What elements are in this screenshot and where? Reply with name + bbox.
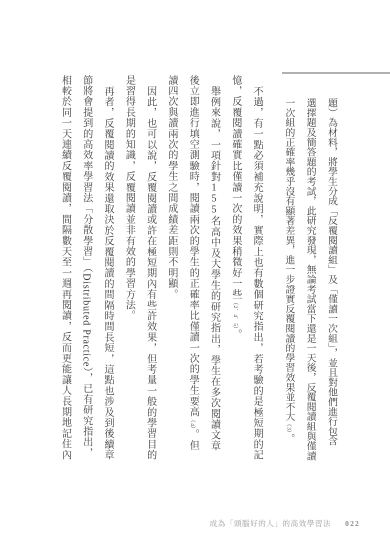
column-text: 相較於同一天連續反覆閱讀，間隔數天至一週再閱讀，反而更能讓人長期地記住內 (59, 75, 70, 460)
text-column: 讀四次與讀兩次的學生之間成績差距則不明顯。 (155, 75, 176, 485)
section-divider-rule (282, 72, 390, 74)
text-column: 舉例來說，一項針對155名高中及大學生的研究指出，學生在多次閱讀文章 (197, 75, 218, 485)
text-column: 不過，有一點必須補充說明，實際上也有數個研究指出，若考驗的是極短期的記 (240, 75, 261, 485)
book-page: 題）為材料，將學生分成「反覆閱讀組」及「僅讀一次組」，並且對他們進行包含 選擇題… (0, 0, 390, 554)
column-text: 節將會提到的高效率學習法「分散學習」（Distributed Practice）… (81, 75, 92, 458)
text-column: 後立即進行填空測驗時，閱讀兩次的學生的正確率比僅讀一次的學生要高（4）。但 (176, 75, 197, 485)
column-text: 因此，也可以說，反覆閱讀或許在極短期內有些許效果，但考量一般的學習目的 (145, 86, 156, 461)
text-column: 選擇題及簡答題的考試，此研究發現，無論考試當下還是一天後，反覆閱讀組與僅讀 (293, 75, 314, 508)
column-text: 是習得長期的知識，反覆閱讀並非有效的學習方法。 (123, 75, 134, 321)
column-text: 再者，反覆閱讀的效果還取決於反覆閱讀的間隔時間長短，這點也涉及到後續章 (102, 86, 113, 461)
column-text: 。 (283, 433, 294, 443)
column-text: 讀四次與讀兩次的學生之間成績差距則不明顯。 (166, 75, 177, 300)
text-column: 是習得長期的知識，反覆閱讀並非有效的學習方法。 (112, 75, 133, 485)
footnote-marker: （2、4、5） (232, 300, 238, 330)
footnote-marker: （3） (285, 421, 291, 433)
footnote-marker: （4） (189, 417, 195, 429)
text-column: 憶，反覆閱讀確實比僅讀一次的效果稍微好一些（2、4、5）。 (219, 75, 240, 485)
footer-page-number: 022 (345, 519, 360, 528)
column-text: 題）為材料，將學生分成「反覆閱讀組」及「僅讀一次組」，並且對他們進行包含 (326, 98, 337, 446)
text-column: 再者，反覆閱讀的效果還取決於反覆閱讀的間隔時間長短，這點也涉及到後續章 (91, 75, 112, 485)
column-text: 選擇題及簡答題的考試，此研究發現，無論考試當下還是一天後，反覆閱讀組與僅讀 (305, 98, 316, 461)
column-text: 不過，有一點必須補充說明，實際上也有數個研究指出，若考驗的是極短期的記 (251, 86, 262, 461)
footer-book-title: 成為「頭腦好的人」的高效學習法 (210, 519, 332, 528)
column-text: 名高中及大學生的研究指出，學生在多次閱讀文章 (209, 216, 220, 451)
text-column: 節將會提到的高效率學習法「分散學習」（Distributed Practice）… (69, 75, 90, 485)
body-text: 題）為材料，將學生分成「反覆閱讀組」及「僅讀一次組」，並且對他們進行包含 選擇題… (48, 75, 336, 485)
column-text: 憶，反覆閱讀確實比僅讀一次的效果稍微好一些 (230, 75, 241, 300)
text-column: 一次組的正確率幾乎沒有顯著差異，進一步證實反覆閱讀的學習效果並不大（3）。 (272, 75, 293, 508)
inline-number: 155 (209, 182, 220, 216)
column-text: 。 (230, 329, 241, 340)
text-column: 因此，也可以說，反覆閱讀或許在極短期內有些許效果，但考量一般的學習目的 (133, 75, 154, 485)
column-text: 舉例來說，一項針對 (209, 86, 220, 182)
text-column: 相較於同一天連續反覆閱讀，間隔數天至一週再閱讀，反而更能讓人長期地記住內 (48, 75, 69, 485)
page-footer: 成為「頭腦好的人」的高效學習法022 (210, 518, 360, 529)
column-text: 一次組的正確率幾乎沒有顯著差異，進一步證實反覆閱讀的學習效果並不大 (283, 98, 294, 421)
column-text: 後立即進行填空測驗時，閱讀兩次的學生的正確率比僅讀一次的學生要高 (187, 75, 198, 417)
text-column: 題）為材料，將學生分成「反覆閱讀組」及「僅讀一次組」，並且對他們進行包含 (315, 75, 336, 508)
column-text: 。但 (187, 429, 198, 450)
